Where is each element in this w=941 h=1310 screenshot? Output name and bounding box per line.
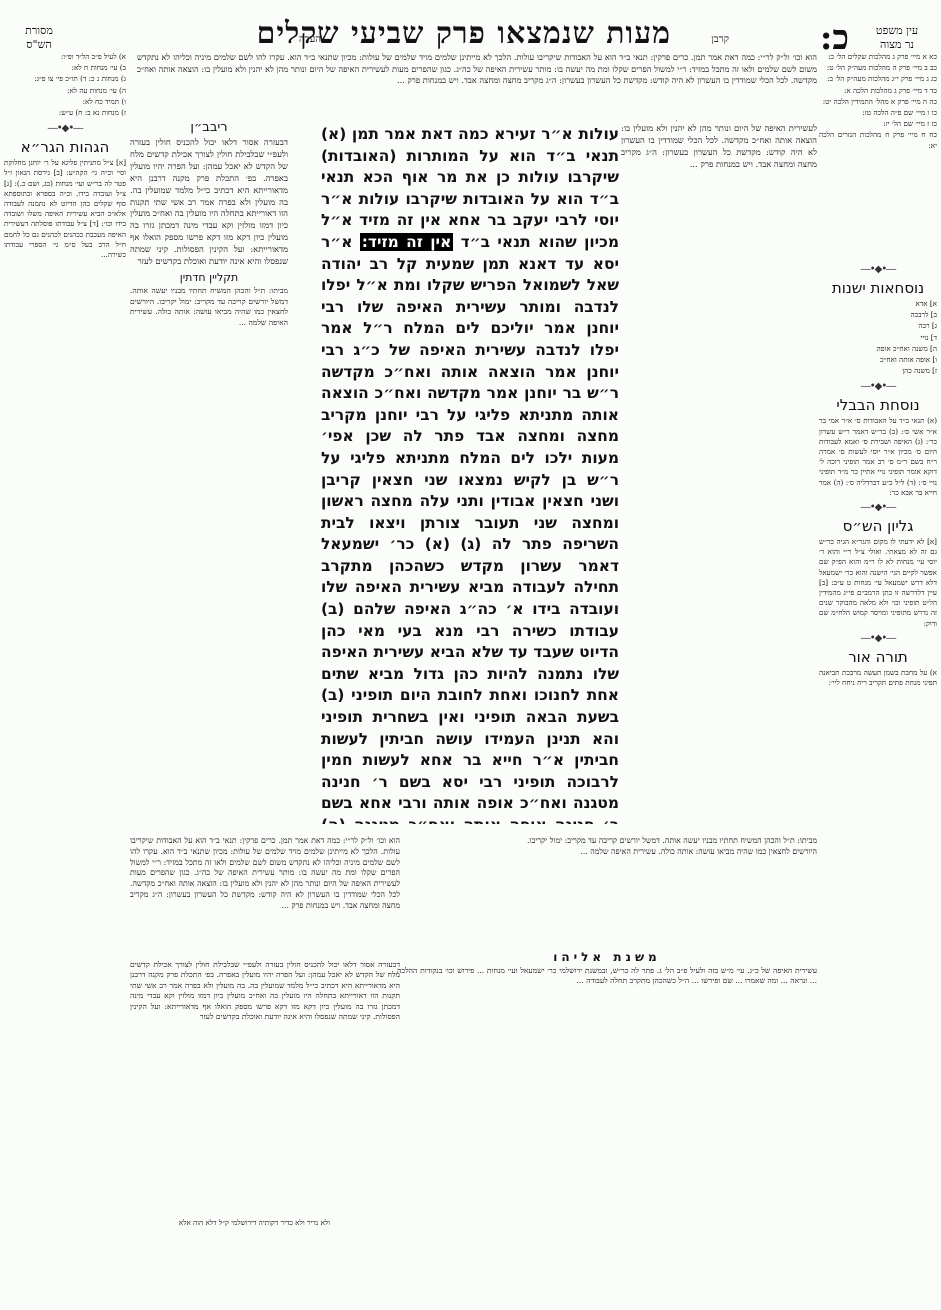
ein-mishpat-item: כו ו מיי׳ שם פ״ה הלכה טז: <box>819 108 937 118</box>
nuschaot-list: א] אדא ב] לרבכה ג] רבה ד] נויי ה] משנה ו… <box>819 299 937 377</box>
ein-mishpat-item: כד ד מיי׳ פרק ג מהלכות הלכה א: <box>819 86 937 96</box>
masoret-item: ז) מנחות נא ב: ח) ע״ש: <box>4 108 126 118</box>
mishnat-eliyahu-text: עשירית האיפה של כ״ג. עי׳ מ״ש בזה ולעיל פ… <box>397 966 817 987</box>
ein-mishpat-label: עין משפט <box>867 24 927 38</box>
ornament-divider: ―•◆•― <box>819 264 937 275</box>
masoret-hashas-list: א) לעיל פ״ב הל״ד ופ״ו: ב) עי׳ מנחות ח לא… <box>4 52 126 119</box>
nuschaot-item: ב] לרבכה <box>819 310 937 320</box>
footer-note: ולא נדיר ולא כדיר דקותיה דירושלמי ק״ל דל… <box>130 1218 330 1230</box>
left-margin-column: א) לעיל פ״ב הל״ד ופ״ו: ב) עי׳ מנחות ח לא… <box>4 52 126 1202</box>
torah-or-title: תורה אור <box>819 648 937 666</box>
torah-or-text: א) על מחבת בשמן תעשה מרבכת תביאנה תפיני … <box>819 668 937 688</box>
hagahot-hagra-text: [א] צ״ל מתניתין פליגא על ר׳ יוחנן מחלוקת… <box>4 158 126 1138</box>
ein-mishpat-item: כג ג מיי׳ פרק י״ג מהלכות מעה״ק הל׳ ב: <box>819 74 937 84</box>
masoret-item: ה) עי׳ מנחות עה לא: <box>4 86 126 96</box>
ornament-divider: ―•◆•― <box>819 633 937 644</box>
nuschaot-item: ד] נויי <box>819 333 937 343</box>
highlighted-phrase: אין זה מזיד: <box>360 233 454 251</box>
masoret-item: א) לעיל פ״ב הל״ד ופ״ו: <box>4 52 126 62</box>
penei-moshe-lower-right: מביתו: ת״ל והכהן המשיח תחתיו מבניו יעשה … <box>527 836 817 946</box>
nuschaot-item: ו] אופה אותה ואח״כ <box>819 355 937 365</box>
ein-mishpat-item: כח ח מיי׳ פרק ח מהלכות הנזרים הלכה יא: <box>819 130 937 150</box>
ornament-divider: ―•◆•― <box>819 381 937 392</box>
left-inner-commentary: ריבב״ן דבעזרה אסור דלאו יכול להכניס חולי… <box>130 116 288 816</box>
ribbav-title: ריבב״ן <box>130 120 288 135</box>
nuschat-habavli-title: נוסחת הבבלי <box>819 396 937 414</box>
haeda-label: הערה <box>299 34 321 45</box>
ein-mishpat-item: כב ב מיי׳ פרק ה מהלכות מעה״ק הל׳ ט: <box>819 63 937 73</box>
lower-left-commentary: הוא וכו׳ ול״ק לר״י: כמה דאת אמר תמן. כרי… <box>130 836 400 946</box>
ornament-divider: ―•◆•― <box>819 502 937 513</box>
mishnat-eliyahu-title: משנת אליהו <box>397 950 817 964</box>
mishnat-eliyahu-section: משנת אליהו עשירית האיפה של כ״ג. עי׳ מ״ש … <box>397 946 817 1208</box>
nuschaot-item: ז] משנה כהן <box>819 366 937 376</box>
page-title: מעות שנמצאו פרק שביעי שקלים <box>301 16 671 51</box>
hagahot-hagra-title: הגהות הגר״א <box>4 138 126 156</box>
ein-mishpat-item: כה ה מיי׳ פרק א מהל׳ התמידין הלכה יט: <box>819 97 937 107</box>
korban-label: קרבן <box>711 34 729 45</box>
nuschaot-item: ג] רבה <box>819 321 937 331</box>
ornament-divider: ―•◆•― <box>4 123 126 134</box>
ein-mishpat-header: עין משפט נר מצוה <box>867 24 927 52</box>
gilyon-hashas-text: [א] לא ידעתי לו מקום והגר״א הגיה כר״ש גם… <box>819 537 937 629</box>
lower-left-commentary-continued: דבעזרה אסור דלאו יכול להכניס חולין בעזרה… <box>130 960 400 1208</box>
masoret-label: מסורת <box>14 24 64 38</box>
gemara-text-part: א״ר יסא עד דאנא תמן שמעית קל רב יהודה שא… <box>321 233 619 824</box>
ribbav-text: דבעזרה אסור דלאו יכול להכניס חולין בעזרה… <box>130 137 288 267</box>
masoret-item: ו) תמיד כח לא: <box>4 97 126 107</box>
ein-mishpat-item: כז ז מיי׳ שם הל׳ יז: <box>819 119 937 129</box>
gilyon-hashas-title: גליון הש״ס <box>819 517 937 535</box>
ein-mishpat-list: כא א מיי׳ פרק ג מהלכות שקלים הל׳ כ: כב ב… <box>819 52 937 260</box>
korban-haeda-column: הוא וכו׳ ול״ק לר״י: כמה דאת אמר תמן. כרי… <box>621 52 817 782</box>
right-margin-column: כא א מיי׳ פרק ג מהלכות שקלים הל׳ כ: כב ב… <box>819 52 937 1202</box>
masoret-item: ג) מנחות נ כ: ד) תו״כ פי׳ צו פ״ג: <box>4 74 126 84</box>
nuschaot-item: ה] משנה ואח״כ אופה <box>819 344 937 354</box>
tikunei-title: תקליין חדתין <box>130 271 288 284</box>
tikunei-text: מביתו: ת״ל והכהן המשיח תחתיו מבניו יעשה … <box>130 286 288 328</box>
masoret-item: ב) עי׳ מנחות ח לא: <box>4 63 126 73</box>
hashas-label: הש"ס <box>14 38 64 52</box>
nuschaot-title: נוסחאות ישנות <box>819 279 937 297</box>
nuschaot-item: א] אדא <box>819 299 937 309</box>
top-commentary-band: הוא וכו׳ ול״ק לר״י: כמה דאת אמר תמן. כרי… <box>137 52 817 120</box>
main-gemara-text: עולות א״ר זעירא כמה דאת אמר תמן (א) תנאי… <box>321 124 619 824</box>
masoret-header: מסורת הש"ס <box>14 24 64 52</box>
ner-mitzvah-label: נר מצוה <box>867 38 927 52</box>
nuschat-habavli-text: (א) תנאי ב״ד על האבודות ס׳ א״ר אמי בר א״… <box>819 416 937 498</box>
ein-mishpat-item: כא א מיי׳ פרק ג מהלכות שקלים הל׳ כ: <box>819 52 937 62</box>
